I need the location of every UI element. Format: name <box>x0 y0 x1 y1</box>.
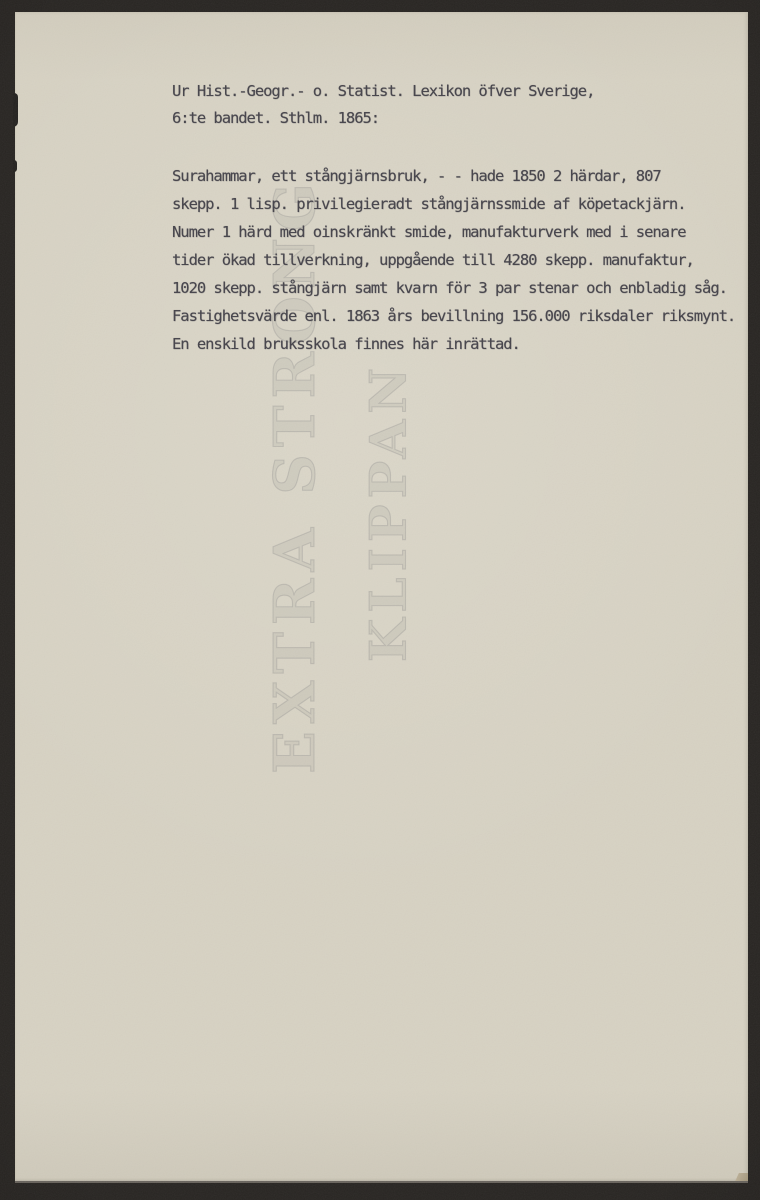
paper-corner-chip <box>730 1173 748 1181</box>
source-reference: Ur Hist.-Geogr.- o. Statist. Lexikon öfv… <box>172 78 594 132</box>
watermark-klippan: KLIPPAN <box>359 362 418 662</box>
typewritten-text: Surahammar, ett stångjärnsbruk, - - hade… <box>172 162 735 358</box>
text-line: 1020 skepp. stångjärn samt kvarn för 3 p… <box>172 274 735 302</box>
text-line: Fastighetsvärde enl. 1863 års bevillning… <box>172 302 735 330</box>
text-line: tider ökad tillverkning, uppgående till … <box>172 246 735 274</box>
text-line: Numer 1 härd med oinskränkt smide, manuf… <box>172 218 735 246</box>
text-line: Surahammar, ett stångjärnsbruk, - - hade… <box>172 162 735 190</box>
scan-background: EXTRA STRONG KLIPPAN Ur Hist.-Geogr.- o.… <box>0 0 760 1200</box>
text-line: En enskild bruksskola finnes här inrätta… <box>172 330 735 358</box>
paper-edge-tear <box>13 160 17 172</box>
source-line: 6:te bandet. Sthlm. 1865: <box>172 105 594 132</box>
paper-sheet: EXTRA STRONG KLIPPAN Ur Hist.-Geogr.- o.… <box>15 12 748 1181</box>
paper-edge-tear <box>13 93 18 127</box>
text-line: skepp. 1 lisp. privilegieradt stångjärns… <box>172 190 735 218</box>
source-line: Ur Hist.-Geogr.- o. Statist. Lexikon öfv… <box>172 78 594 105</box>
